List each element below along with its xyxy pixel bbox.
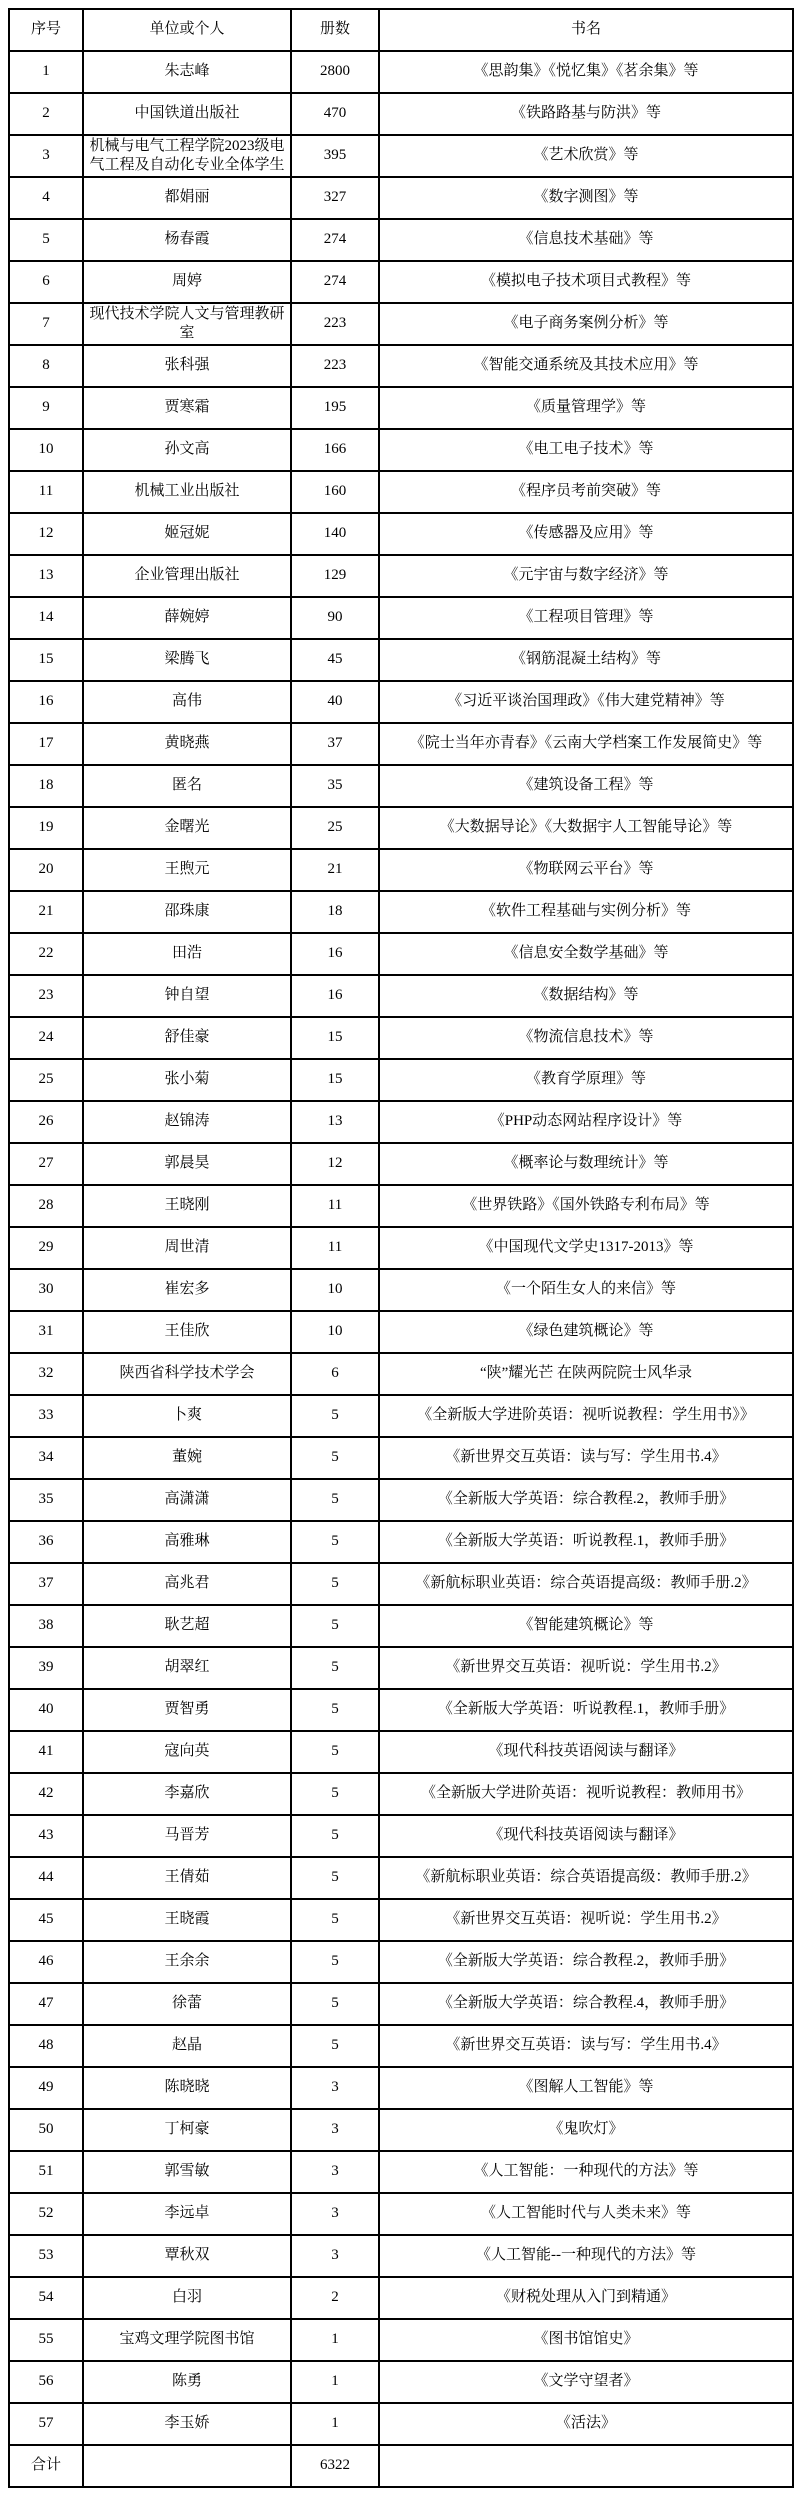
table-row: 47徐蕾5《全新版大学英语：综合教程.4，教师手册》	[9, 1983, 793, 2025]
cell-donor: 张小菊	[83, 1059, 291, 1101]
header-donor: 单位或个人	[83, 9, 291, 51]
cell-count: 5	[291, 1815, 379, 1857]
cell-index: 15	[9, 639, 83, 681]
table-row: 14薛婉婷90《工程项目管理》等	[9, 597, 793, 639]
cell-donor: 郭晨昊	[83, 1143, 291, 1185]
cell-count: 195	[291, 387, 379, 429]
cell-index: 31	[9, 1311, 83, 1353]
cell-donor: 田浩	[83, 933, 291, 975]
cell-index: 57	[9, 2403, 83, 2445]
cell-donor: 董婉	[83, 1437, 291, 1479]
table-row: 15梁腾飞45《钢筋混凝土结构》等	[9, 639, 793, 681]
cell-count: 5	[291, 1479, 379, 1521]
table-row: 40贾智勇5《全新版大学英语：听说教程.1，教师手册》	[9, 1689, 793, 1731]
cell-titles: 《习近平谈治国理政》《伟大建党精神》等	[379, 681, 793, 723]
header-index: 序号	[9, 9, 83, 51]
cell-titles: 《工程项目管理》等	[379, 597, 793, 639]
cell-index: 35	[9, 1479, 83, 1521]
cell-count: 40	[291, 681, 379, 723]
table-row: 22田浩16《信息安全数学基础》等	[9, 933, 793, 975]
cell-titles: 《人工智能时代与人类未来》等	[379, 2193, 793, 2235]
cell-count: 10	[291, 1311, 379, 1353]
cell-titles: 《概率论与数理统计》等	[379, 1143, 793, 1185]
cell-donor: 耿艺超	[83, 1605, 291, 1647]
cell-titles: 《院士当年亦青春》《云南大学档案工作发展简史》等	[379, 723, 793, 765]
cell-donor: 金曙光	[83, 807, 291, 849]
cell-index: 18	[9, 765, 83, 807]
table-row: 7现代技术学院人文与管理教研室223《电子商务案例分析》等	[9, 303, 793, 345]
cell-count: 5	[291, 1521, 379, 1563]
cell-count: 15	[291, 1017, 379, 1059]
cell-donor: 赵晶	[83, 2025, 291, 2067]
table-row: 50丁柯豪3《鬼吹灯》	[9, 2109, 793, 2151]
cell-donor: 姬冠妮	[83, 513, 291, 555]
cell-titles: 《物流信息技术》等	[379, 1017, 793, 1059]
table-row: 32陕西省科学技术学会6“陕”耀光芒 在陕两院院士风华录	[9, 1353, 793, 1395]
cell-count: 470	[291, 93, 379, 135]
cell-count: 129	[291, 555, 379, 597]
cell-count: 5	[291, 1647, 379, 1689]
cell-donor: 舒佳豪	[83, 1017, 291, 1059]
cell-donor: 周婷	[83, 261, 291, 303]
cell-count: 16	[291, 933, 379, 975]
cell-donor: 机械工业出版社	[83, 471, 291, 513]
cell-index: 39	[9, 1647, 83, 1689]
cell-donor: 寇向英	[83, 1731, 291, 1773]
cell-count: 3	[291, 2109, 379, 2151]
cell-index: 48	[9, 2025, 83, 2067]
cell-titles: 《绿色建筑概论》等	[379, 1311, 793, 1353]
cell-titles: 《一个陌生女人的来信》等	[379, 1269, 793, 1311]
cell-titles: 《财税处理从入门到精通》	[379, 2277, 793, 2319]
cell-count: 166	[291, 429, 379, 471]
cell-index: 30	[9, 1269, 83, 1311]
cell-titles: 《现代科技英语阅读与翻译》	[379, 1731, 793, 1773]
table-row: 24舒佳豪15《物流信息技术》等	[9, 1017, 793, 1059]
cell-count: 5	[291, 1605, 379, 1647]
cell-count: 45	[291, 639, 379, 681]
cell-count: 274	[291, 219, 379, 261]
cell-index: 54	[9, 2277, 83, 2319]
cell-index: 11	[9, 471, 83, 513]
cell-titles: 《全新版大学英语：听说教程.1，教师手册》	[379, 1521, 793, 1563]
header-titles: 书名	[379, 9, 793, 51]
cell-index: 13	[9, 555, 83, 597]
table-row: 3机械与电气工程学院2023级电气工程及自动化专业全体学生395《艺术欣赏》等	[9, 135, 793, 177]
cell-index: 8	[9, 345, 83, 387]
cell-donor: 陕西省科学技术学会	[83, 1353, 291, 1395]
cell-donor: 王佳欣	[83, 1311, 291, 1353]
cell-donor: 王倩茹	[83, 1857, 291, 1899]
cell-count: 5	[291, 2025, 379, 2067]
cell-index: 42	[9, 1773, 83, 1815]
table-row: 18匿名35《建筑设备工程》等	[9, 765, 793, 807]
table-row: 43马晋芳5《现代科技英语阅读与翻译》	[9, 1815, 793, 1857]
cell-titles: 《艺术欣赏》等	[379, 135, 793, 177]
cell-index: 49	[9, 2067, 83, 2109]
cell-titles: 《全新版大学英语：综合教程.2，教师手册》	[379, 1479, 793, 1521]
cell-donor: 王余余	[83, 1941, 291, 1983]
cell-donor: 张科强	[83, 345, 291, 387]
table-row: 39胡翠红5《新世界交互英语：视听说：学生用书.2》	[9, 1647, 793, 1689]
cell-titles: 《电子商务案例分析》等	[379, 303, 793, 345]
cell-donor: 白羽	[83, 2277, 291, 2319]
table-row: 56陈勇1《文学守望者》	[9, 2361, 793, 2403]
table-row: 25张小菊15《教育学原理》等	[9, 1059, 793, 1101]
cell-index: 36	[9, 1521, 83, 1563]
cell-titles: 《活法》	[379, 2403, 793, 2445]
cell-donor: 黄晓燕	[83, 723, 291, 765]
cell-titles: 《鬼吹灯》	[379, 2109, 793, 2151]
cell-titles: 《钢筋混凝土结构》等	[379, 639, 793, 681]
cell-titles: “陕”耀光芒 在陕两院院士风华录	[379, 1353, 793, 1395]
cell-titles: 《中国现代文学史1317-2013》等	[379, 1227, 793, 1269]
cell-index: 22	[9, 933, 83, 975]
cell-titles: 《程序员考前突破》等	[379, 471, 793, 513]
cell-donor: 朱志峰	[83, 51, 291, 93]
table-row: 19金曙光25《大数据导论》《大数据宇人工智能导论》等	[9, 807, 793, 849]
cell-donor: 机械与电气工程学院2023级电气工程及自动化专业全体学生	[83, 135, 291, 177]
table-row: 48赵晶5《新世界交互英语：读与写：学生用书.4》	[9, 2025, 793, 2067]
cell-titles: 《图解人工智能》等	[379, 2067, 793, 2109]
cell-count: 3	[291, 2193, 379, 2235]
cell-donor: 匿名	[83, 765, 291, 807]
cell-titles: 《物联网云平台》等	[379, 849, 793, 891]
cell-index: 47	[9, 1983, 83, 2025]
page: 序号 单位或个人 册数 书名 1朱志峰2800《思韵集》《悦忆集》《茗余集》等2…	[0, 0, 800, 2496]
cell-titles: 《电工电子技术》等	[379, 429, 793, 471]
cell-count: 90	[291, 597, 379, 639]
cell-titles: 《新航标职业英语：综合英语提高级：教师手册.2》	[379, 1563, 793, 1605]
table-row: 34董婉5《新世界交互英语：读与写：学生用书.4》	[9, 1437, 793, 1479]
table-row: 46王余余5《全新版大学英语：综合教程.2，教师手册》	[9, 1941, 793, 1983]
cell-donor: 钟自望	[83, 975, 291, 1017]
cell-donor: 胡翠红	[83, 1647, 291, 1689]
cell-donor	[83, 2445, 291, 2487]
cell-index: 37	[9, 1563, 83, 1605]
table-row: 2中国铁道出版社470《铁路路基与防洪》等	[9, 93, 793, 135]
cell-titles: 《大数据导论》《大数据宇人工智能导论》等	[379, 807, 793, 849]
cell-index: 53	[9, 2235, 83, 2277]
cell-count: 3	[291, 2067, 379, 2109]
table-row: 30崔宏多10《一个陌生女人的来信》等	[9, 1269, 793, 1311]
cell-index: 44	[9, 1857, 83, 1899]
cell-count: 1	[291, 2361, 379, 2403]
cell-count: 5	[291, 1983, 379, 2025]
table-body: 1朱志峰2800《思韵集》《悦忆集》《茗余集》等2中国铁道出版社470《铁路路基…	[9, 51, 793, 2487]
cell-titles: 《软件工程基础与实例分析》等	[379, 891, 793, 933]
cell-donor: 周世清	[83, 1227, 291, 1269]
cell-count: 2800	[291, 51, 379, 93]
cell-donor: 李玉娇	[83, 2403, 291, 2445]
cell-donor: 现代技术学院人文与管理教研室	[83, 303, 291, 345]
cell-count: 5	[291, 1773, 379, 1815]
cell-donor: 宝鸡文理学院图书馆	[83, 2319, 291, 2361]
cell-donor: 马晋芳	[83, 1815, 291, 1857]
cell-index: 17	[9, 723, 83, 765]
cell-donor: 贾寒霜	[83, 387, 291, 429]
cell-titles: 《全新版大学英语：综合教程.2，教师手册》	[379, 1941, 793, 1983]
table-row: 42李嘉欣5《全新版大学进阶英语：视听说教程：教师用书》	[9, 1773, 793, 1815]
cell-count: 223	[291, 303, 379, 345]
cell-count: 1	[291, 2319, 379, 2361]
cell-count: 5	[291, 1437, 379, 1479]
cell-titles: 《世界铁路》《国外铁路专利布局》等	[379, 1185, 793, 1227]
cell-count: 2	[291, 2277, 379, 2319]
table-row: 29周世清11《中国现代文学史1317-2013》等	[9, 1227, 793, 1269]
cell-titles: 《新世界交互英语：视听说：学生用书.2》	[379, 1647, 793, 1689]
cell-count: 274	[291, 261, 379, 303]
cell-index: 52	[9, 2193, 83, 2235]
cell-count: 21	[291, 849, 379, 891]
cell-index: 26	[9, 1101, 83, 1143]
cell-count: 395	[291, 135, 379, 177]
cell-index: 32	[9, 1353, 83, 1395]
table-row: 6周婷274《模拟电子技术项目式教程》等	[9, 261, 793, 303]
cell-count: 37	[291, 723, 379, 765]
cell-index: 4	[9, 177, 83, 219]
cell-count: 5	[291, 1941, 379, 1983]
cell-titles: 《全新版大学英语：综合教程.4，教师手册》	[379, 1983, 793, 2025]
cell-count: 5	[291, 1857, 379, 1899]
cell-titles: 《现代科技英语阅读与翻译》	[379, 1815, 793, 1857]
header-count: 册数	[291, 9, 379, 51]
cell-index: 46	[9, 1941, 83, 1983]
cell-count: 5	[291, 1731, 379, 1773]
cell-titles: 《思韵集》《悦忆集》《茗余集》等	[379, 51, 793, 93]
cell-donor: 王晓霞	[83, 1899, 291, 1941]
cell-count: 13	[291, 1101, 379, 1143]
cell-count: 160	[291, 471, 379, 513]
table-row: 49陈晓晓3《图解人工智能》等	[9, 2067, 793, 2109]
cell-index: 10	[9, 429, 83, 471]
cell-donor: 赵锦涛	[83, 1101, 291, 1143]
cell-index: 20	[9, 849, 83, 891]
cell-index: 16	[9, 681, 83, 723]
cell-donor: 李远卓	[83, 2193, 291, 2235]
cell-index: 56	[9, 2361, 83, 2403]
cell-count: 12	[291, 1143, 379, 1185]
cell-titles: 《人工智能--一种现代的方法》等	[379, 2235, 793, 2277]
cell-index: 25	[9, 1059, 83, 1101]
cell-donor: 高伟	[83, 681, 291, 723]
table-row: 13企业管理出版社129《元宇宙与数字经济》等	[9, 555, 793, 597]
cell-index: 23	[9, 975, 83, 1017]
cell-titles: 《图书馆馆史》	[379, 2319, 793, 2361]
cell-index: 43	[9, 1815, 83, 1857]
table-row: 16高伟40《习近平谈治国理政》《伟大建党精神》等	[9, 681, 793, 723]
table-row: 44王倩茹5《新航标职业英语：综合英语提高级：教师手册.2》	[9, 1857, 793, 1899]
cell-index: 21	[9, 891, 83, 933]
table-row: 54白羽2《财税处理从入门到精通》	[9, 2277, 793, 2319]
cell-titles: 《全新版大学进阶英语：视听说教程：学生用书》》	[379, 1395, 793, 1437]
cell-donor: 杨春霞	[83, 219, 291, 261]
cell-index: 3	[9, 135, 83, 177]
table-row: 28王晓刚11《世界铁路》《国外铁路专利布局》等	[9, 1185, 793, 1227]
cell-donor: 邵珠康	[83, 891, 291, 933]
cell-count: 11	[291, 1185, 379, 1227]
table-row: 27郭晨昊12《概率论与数理统计》等	[9, 1143, 793, 1185]
table-row: 36高雅琳5《全新版大学英语：听说教程.1，教师手册》	[9, 1521, 793, 1563]
cell-count: 3	[291, 2151, 379, 2193]
table-row: 5杨春霞274《信息技术基础》等	[9, 219, 793, 261]
cell-titles: 《新世界交互英语：视听说：学生用书.2》	[379, 1899, 793, 1941]
cell-index: 33	[9, 1395, 83, 1437]
donation-table: 序号 单位或个人 册数 书名 1朱志峰2800《思韵集》《悦忆集》《茗余集》等2…	[8, 8, 794, 2488]
cell-titles: 《数字测图》等	[379, 177, 793, 219]
cell-titles: 《智能交通系统及其技术应用》等	[379, 345, 793, 387]
cell-count: 6	[291, 1353, 379, 1395]
cell-index: 6	[9, 261, 83, 303]
cell-titles: 《模拟电子技术项目式教程》等	[379, 261, 793, 303]
cell-titles: 《文学守望者》	[379, 2361, 793, 2403]
table-row: 17黄晓燕37《院士当年亦青春》《云南大学档案工作发展简史》等	[9, 723, 793, 765]
cell-count: 18	[291, 891, 379, 933]
table-row: 55宝鸡文理学院图书馆1《图书馆馆史》	[9, 2319, 793, 2361]
cell-titles: 《铁路路基与防洪》等	[379, 93, 793, 135]
table-row: 57李玉娇1《活法》	[9, 2403, 793, 2445]
cell-index: 45	[9, 1899, 83, 1941]
cell-donor: 覃秋双	[83, 2235, 291, 2277]
table-row: 51郭雪敏3《人工智能：一种现代的方法》等	[9, 2151, 793, 2193]
table-row: 41寇向英5《现代科技英语阅读与翻译》	[9, 1731, 793, 1773]
cell-donor: 都娟丽	[83, 177, 291, 219]
cell-titles: 《全新版大学英语：听说教程.1，教师手册》	[379, 1689, 793, 1731]
cell-titles: 《新世界交互英语：读与写：学生用书.4》	[379, 1437, 793, 1479]
cell-titles: 《教育学原理》等	[379, 1059, 793, 1101]
cell-donor: 陈晓晓	[83, 2067, 291, 2109]
cell-titles: 《元宇宙与数字经济》等	[379, 555, 793, 597]
cell-titles: 《传感器及应用》等	[379, 513, 793, 555]
cell-index: 19	[9, 807, 83, 849]
cell-index: 5	[9, 219, 83, 261]
cell-count: 5	[291, 1689, 379, 1731]
table-row: 45王晓霞5《新世界交互英语：视听说：学生用书.2》	[9, 1899, 793, 1941]
cell-titles: 《数据结构》等	[379, 975, 793, 1017]
cell-index: 41	[9, 1731, 83, 1773]
cell-donor: 高兆君	[83, 1563, 291, 1605]
cell-index: 9	[9, 387, 83, 429]
cell-index: 40	[9, 1689, 83, 1731]
total-row: 合计6322	[9, 2445, 793, 2487]
cell-count: 6322	[291, 2445, 379, 2487]
cell-titles: 《新航标职业英语：综合英语提高级：教师手册.2》	[379, 1857, 793, 1899]
cell-count: 5	[291, 1395, 379, 1437]
cell-count: 140	[291, 513, 379, 555]
cell-titles: 《建筑设备工程》等	[379, 765, 793, 807]
cell-index: 1	[9, 51, 83, 93]
cell-count: 16	[291, 975, 379, 1017]
table-row: 8张科强223《智能交通系统及其技术应用》等	[9, 345, 793, 387]
cell-count: 11	[291, 1227, 379, 1269]
cell-donor: 王煦元	[83, 849, 291, 891]
cell-index: 28	[9, 1185, 83, 1227]
cell-index: 合计	[9, 2445, 83, 2487]
table-row: 10孙文高166《电工电子技术》等	[9, 429, 793, 471]
cell-donor: 贾智勇	[83, 1689, 291, 1731]
cell-donor: 中国铁道出版社	[83, 93, 291, 135]
table-row: 52李远卓3《人工智能时代与人类未来》等	[9, 2193, 793, 2235]
cell-index: 2	[9, 93, 83, 135]
cell-donor: 梁腾飞	[83, 639, 291, 681]
table-row: 21邵珠康18《软件工程基础与实例分析》等	[9, 891, 793, 933]
cell-titles: 《信息技术基础》等	[379, 219, 793, 261]
table-row: 37高兆君5《新航标职业英语：综合英语提高级：教师手册.2》	[9, 1563, 793, 1605]
cell-donor: 郭雪敏	[83, 2151, 291, 2193]
cell-donor: 崔宏多	[83, 1269, 291, 1311]
cell-index: 29	[9, 1227, 83, 1269]
cell-count: 5	[291, 1899, 379, 1941]
cell-titles: 《新世界交互英语：读与写：学生用书.4》	[379, 2025, 793, 2067]
cell-count: 223	[291, 345, 379, 387]
cell-count: 10	[291, 1269, 379, 1311]
cell-titles: 《信息安全数学基础》等	[379, 933, 793, 975]
cell-donor: 陈勇	[83, 2361, 291, 2403]
cell-index: 34	[9, 1437, 83, 1479]
cell-count: 5	[291, 1563, 379, 1605]
cell-count: 25	[291, 807, 379, 849]
cell-titles: 《PHP动态网站程序设计》等	[379, 1101, 793, 1143]
cell-index: 50	[9, 2109, 83, 2151]
table-row: 35高潇潇5《全新版大学英语：综合教程.2，教师手册》	[9, 1479, 793, 1521]
table-row: 1朱志峰2800《思韵集》《悦忆集》《茗余集》等	[9, 51, 793, 93]
table-row: 31王佳欣10《绿色建筑概论》等	[9, 1311, 793, 1353]
cell-donor: 丁柯豪	[83, 2109, 291, 2151]
table-row: 20王煦元21《物联网云平台》等	[9, 849, 793, 891]
cell-donor: 高雅琳	[83, 1521, 291, 1563]
header-row: 序号 单位或个人 册数 书名	[9, 9, 793, 51]
cell-donor: 李嘉欣	[83, 1773, 291, 1815]
cell-titles: 《全新版大学进阶英语：视听说教程：教师用书》	[379, 1773, 793, 1815]
cell-count: 15	[291, 1059, 379, 1101]
cell-index: 38	[9, 1605, 83, 1647]
cell-donor: 薛婉婷	[83, 597, 291, 639]
table-row: 11机械工业出版社160《程序员考前突破》等	[9, 471, 793, 513]
cell-index: 24	[9, 1017, 83, 1059]
cell-count: 327	[291, 177, 379, 219]
cell-titles: 《人工智能：一种现代的方法》等	[379, 2151, 793, 2193]
cell-index: 51	[9, 2151, 83, 2193]
table-row: 23钟自望16《数据结构》等	[9, 975, 793, 1017]
table-row: 26赵锦涛13《PHP动态网站程序设计》等	[9, 1101, 793, 1143]
cell-donor: 高潇潇	[83, 1479, 291, 1521]
cell-count: 3	[291, 2235, 379, 2277]
cell-donor: 企业管理出版社	[83, 555, 291, 597]
cell-titles: 《智能建筑概论》等	[379, 1605, 793, 1647]
cell-index: 14	[9, 597, 83, 639]
cell-index: 27	[9, 1143, 83, 1185]
cell-count: 1	[291, 2403, 379, 2445]
cell-index: 12	[9, 513, 83, 555]
cell-index: 55	[9, 2319, 83, 2361]
cell-donor: 卜爽	[83, 1395, 291, 1437]
table-row: 4都娟丽327《数字测图》等	[9, 177, 793, 219]
table-row: 38耿艺超5《智能建筑概论》等	[9, 1605, 793, 1647]
cell-donor: 徐蕾	[83, 1983, 291, 2025]
cell-index: 7	[9, 303, 83, 345]
cell-titles: 《质量管理学》等	[379, 387, 793, 429]
table-row: 53覃秋双3《人工智能--一种现代的方法》等	[9, 2235, 793, 2277]
table-row: 9贾寒霜195《质量管理学》等	[9, 387, 793, 429]
cell-donor: 王晓刚	[83, 1185, 291, 1227]
cell-donor: 孙文高	[83, 429, 291, 471]
table-row: 12姬冠妮140《传感器及应用》等	[9, 513, 793, 555]
table-row: 33卜爽5《全新版大学进阶英语：视听说教程：学生用书》》	[9, 1395, 793, 1437]
cell-titles	[379, 2445, 793, 2487]
cell-count: 35	[291, 765, 379, 807]
